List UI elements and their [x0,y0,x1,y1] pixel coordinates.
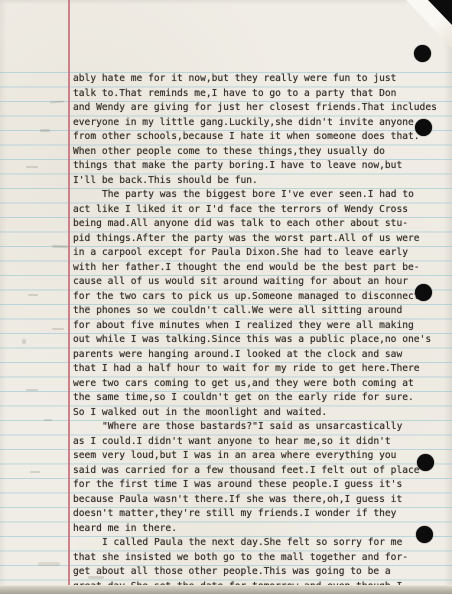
typed-line: for about five minutes when I realized t… [73,319,445,334]
typed-line: So I walked out in the moonlight and wai… [73,406,445,421]
typed-line: I called Paula the next day.She felt so … [73,536,445,551]
hole-punch-dot [414,45,431,62]
margin-smudge [28,294,38,296]
typed-line: heard me in there. [73,522,445,537]
hole-punch-dot [416,526,433,543]
typed-line: act like I liked it or I'd face the terr… [73,203,445,218]
page-bottom-edge [0,585,452,594]
typed-line: "Where are those bastards?"I said as uns… [73,420,445,435]
typed-line: I'll be back.This should be fun. [73,174,445,189]
typed-line: everyone in my little gang.Luckily,she d… [73,116,445,131]
typed-line: that she insisted we both go to the mall… [73,551,445,566]
margin-smudge [84,306,90,308]
margin-smudge [52,328,64,330]
margin-smudge [44,419,52,421]
typed-line: and Wendy are giving for just her closes… [73,101,445,116]
margin-smudge [52,245,68,249]
typed-line: with her father.I thought the end would … [73,261,445,276]
margin-rule-line [68,0,70,586]
typed-line: out while I was talking.Since this was a… [73,333,445,348]
margin-smudge [88,576,104,579]
typed-line: as I could.I didn't want anyone to hear … [73,435,445,450]
margin-smudge [26,166,38,168]
typed-line: because Paula wasn't there.If she was th… [73,493,445,508]
typed-line: in a carpool except for Paula Dixon.She … [73,246,445,261]
typed-line: being mad.All anyone did was talk to eac… [73,217,445,232]
typed-line: cause all of us would sit around waiting… [73,275,445,290]
typed-line: for the first time I was around these pe… [73,478,445,493]
notebook-page: ably hate me for it now,but they really … [0,0,452,594]
typed-line: the same time,so I couldn't get on the e… [73,391,445,406]
typed-line: seem very loud,but I was in an area wher… [73,449,445,464]
hole-punch-dot [417,454,434,471]
typed-line: get about all those other people.This wa… [73,565,445,580]
typed-line: talk to.That reminds me,I have to go to … [73,87,445,102]
typed-line: said was carried for a few thousand feet… [73,464,445,479]
typed-line: The party was the biggest bore I've ever… [73,188,445,203]
margin-smudge [38,562,60,566]
typed-line: the phones so we couldn't call.We were a… [73,304,445,319]
typed-line: When other people come to these things,t… [73,145,445,160]
hole-punch-dot [415,284,432,301]
typed-line: parents were hanging around.I looked at … [73,348,445,363]
margin-smudge [22,339,26,344]
margin-smudge [40,129,50,132]
typed-line: for the two cars to pick us up.Someone m… [73,290,445,305]
typed-line: pid things.After the party was the worst… [73,232,445,247]
typed-line: that I had a half hour to wait for my ri… [73,362,445,377]
typed-line: things that make the party boring.I have… [73,159,445,174]
hole-punch-dot [415,119,432,136]
typed-line: from other schools,because I hate it whe… [73,130,445,145]
typed-text-block: ably hate me for it now,but they really … [73,72,445,594]
typed-line: doesn't matter,they're still my friends.… [73,507,445,522]
margin-smudge [50,101,64,104]
margin-smudge [30,471,40,473]
typed-line: ably hate me for it now,but they really … [73,72,445,87]
margin-smudge [26,389,38,391]
typed-line: were two cars coming to get us,and they … [73,377,445,392]
